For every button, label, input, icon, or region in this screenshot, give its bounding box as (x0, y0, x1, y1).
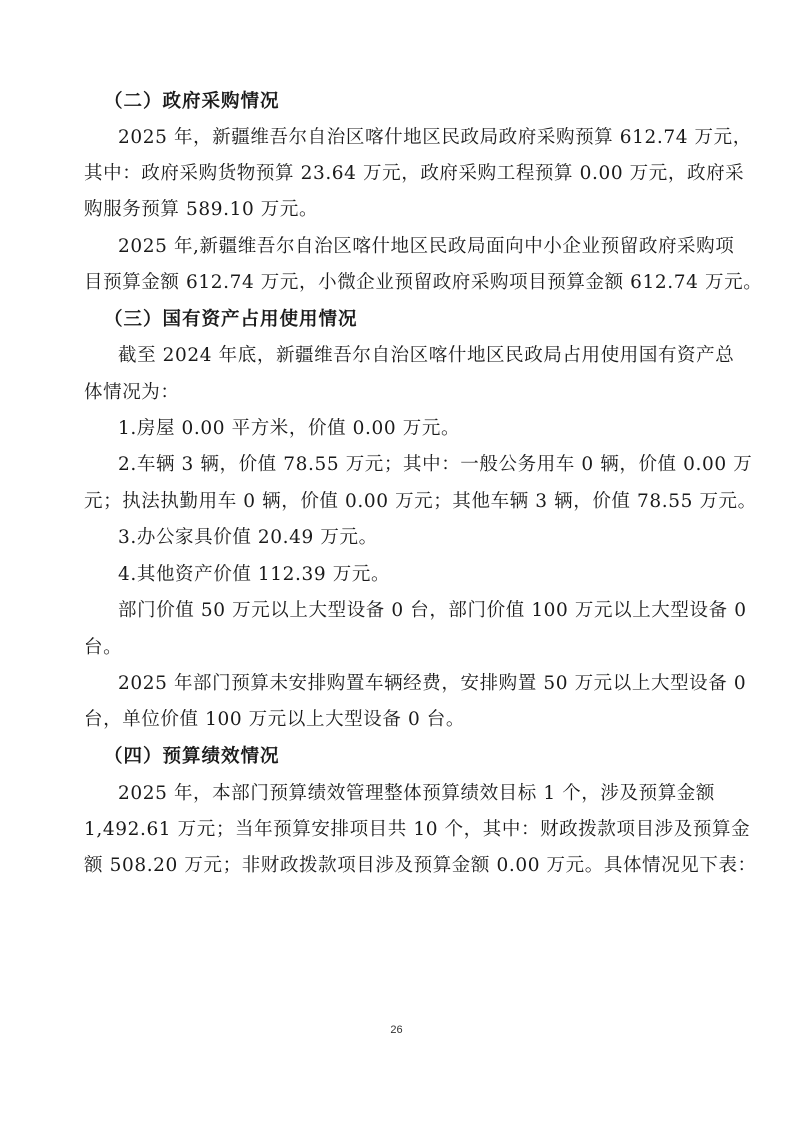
section-heading-procurement: （二）政府采购情况 (104, 90, 280, 114)
paragraph-line: 2025 年,新疆维吾尔自治区喀什地区民政局面向中小企业预留政府采购项 (118, 235, 710, 259)
list-item-housing: 1.房屋 0.00 平方米，价值 0.00 万元。 (118, 417, 710, 441)
section-heading-performance: （四）预算绩效情况 (104, 745, 280, 769)
section-heading-assets: （三）国有资产占用使用情况 (104, 308, 358, 332)
paragraph-line: 购服务预算 589.10 万元。 (84, 198, 710, 222)
paragraph-line: 其中：政府采购货物预算 23.64 万元，政府采购工程预算 0.00 万元，政府… (84, 162, 710, 186)
paragraph-line: 2025 年，本部门预算绩效管理整体预算绩效目标 1 个，涉及预算金额 (118, 782, 710, 806)
paragraph-line: 额 508.20 万元；非财政拨款项目涉及预算金额 0.00 万元。具体情况见下… (84, 854, 710, 878)
list-item-other-assets: 4.其他资产价值 112.39 万元。 (118, 563, 710, 587)
paragraph-line: 台。 (84, 636, 710, 660)
page-number: 26 (0, 1024, 793, 1036)
paragraph-line: 2025 年，新疆维吾尔自治区喀什地区民政局政府采购预算 612.74 万元， (118, 126, 710, 150)
paragraph-line: 截至 2024 年底，新疆维吾尔自治区喀什地区民政局占用使用国有资产总 (118, 344, 710, 368)
document-page: （二）政府采购情况 2025 年，新疆维吾尔自治区喀什地区民政局政府采购预算 6… (0, 0, 793, 1122)
list-item-vehicles: 2.车辆 3 辆，价值 78.55 万元；其中：一般公务用车 0 辆，价值 0.… (118, 453, 710, 477)
paragraph-line: 2025 年部门预算未安排购置车辆经费，安排购置 50 万元以上大型设备 0 (118, 672, 710, 696)
list-item-furniture: 3.办公家具价值 20.49 万元。 (118, 526, 710, 550)
paragraph-line: 部门价值 50 万元以上大型设备 0 台，部门价值 100 万元以上大型设备 0 (118, 599, 710, 623)
paragraph-line: 1,492.61 万元；当年预算安排项目共 10 个，其中：财政拨款项目涉及预算… (84, 818, 710, 842)
paragraph-line: 元；执法执勤用车 0 辆，价值 0.00 万元；其他车辆 3 辆，价值 78.5… (84, 490, 710, 514)
paragraph-line: 体情况为： (84, 381, 710, 405)
paragraph-line: 目预算金额 612.74 万元，小微企业预留政府采购项目预算金额 612.74 … (84, 271, 710, 295)
paragraph-line: 台，单位价值 100 万元以上大型设备 0 台。 (84, 708, 710, 732)
